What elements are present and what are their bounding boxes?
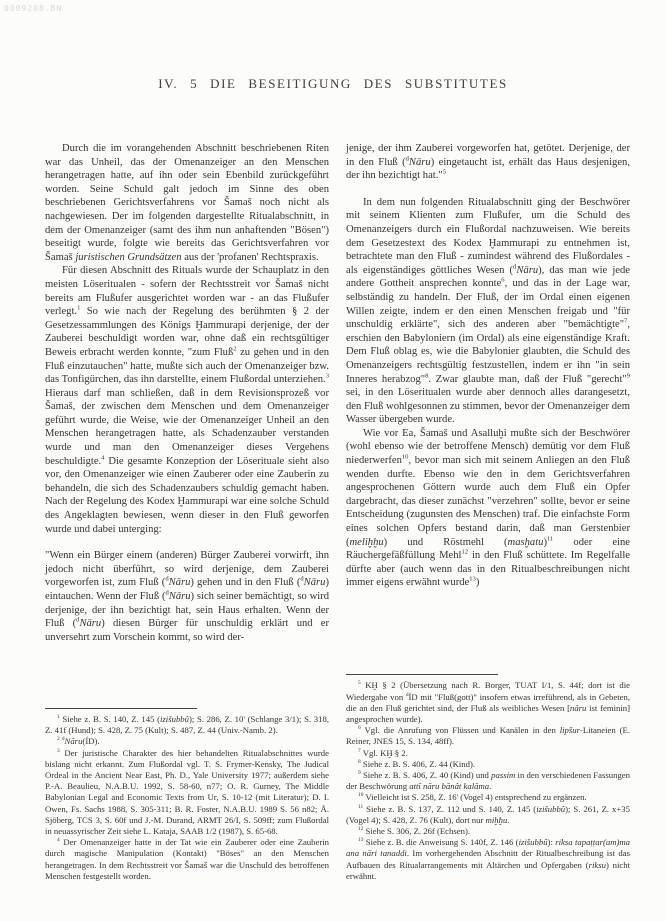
right-column: jenige, der ihm Zauberei vorgeworfen hat… [346,142,630,882]
footnote: 3 Der juristische Charakter des hier beh… [45,748,329,838]
footnote: 1 Siehe z. B. S. 140, Z. 145 (izišubbû);… [45,714,329,736]
right-column-body: jenige, der ihm Zauberei vorgeworfen hat… [346,142,630,590]
paragraph: In dem nun folgenden Ritualabschnitt gin… [346,196,630,427]
footnote: 10 Vielleicht ist S. 258, Z. 16' (Vogel … [346,792,630,803]
paragraph: Für diesen Abschnitt des Rituals wurde d… [45,264,329,536]
footnote: 5 KḪ § 2 (Übersetzung nach R. Borger, TU… [346,680,630,725]
section-title: IV. 5 DIE BESEITIGUNG DES SUBSTITUTES [0,76,666,92]
footnote: 8 Siehe z. B. S. 406, Z. 44 (Kind). [346,759,630,770]
footnote-separator [346,674,498,675]
footnote: 2 dNāru(ÍD). [45,736,329,747]
right-footnote-block: 5 KḪ § 2 (Übersetzung nach R. Borger, TU… [346,674,630,882]
paragraph: "Wenn ein Bürger einem (anderen) Bürger … [45,549,329,644]
paragraph: jenige, der ihm Zauberei vorgeworfen hat… [346,142,630,183]
footnote: 11 Siehe z. B. S. 137, Z. 112 und S. 140… [346,804,630,826]
left-column: Durch die im vorangehenden Abschnitt bes… [45,142,329,882]
two-column-text-area: Durch die im vorangehenden Abschnitt bes… [45,142,630,882]
paragraph: Durch die im vorangehenden Abschnitt bes… [45,142,329,264]
footnote: 6 Vgl. die Anrufung von Flüssen und Kanä… [346,725,630,747]
footnote: 4 Der Omenanzeiger hatte in der Tat wie … [45,837,329,882]
scan-stamp-watermark: 0009208.BN [4,4,62,13]
footnote: 9 Siehe z. B. S. 406, Z. 40 (Kind) und p… [346,770,630,792]
footnote: 7 Vgl. KḪ § 2. [346,748,630,759]
right-column-footnotes: 5 KḪ § 2 (Übersetzung nach R. Borger, TU… [346,680,630,882]
footnote: 13 Siehe z. B. die Anweisung S. 140f, Z.… [346,837,630,882]
footnote-separator [45,708,197,709]
left-column-body: Durch die im vorangehenden Abschnitt bes… [45,142,329,644]
footnote: 12 Siehe S. 306, Z. 26f (Echsen). [346,826,630,837]
book-page: 0009208.BN IV. 5 DIE BESEITIGUNG DES SUB… [0,0,666,921]
left-column-footnotes: 1 Siehe z. B. S. 140, Z. 145 (izišubbû);… [45,714,329,882]
left-footnote-block: 1 Siehe z. B. S. 140, Z. 145 (izišubbû);… [45,708,329,882]
paragraph: Wie vor Ea, Šamaš und Asalluḫi mußte sic… [346,427,630,590]
